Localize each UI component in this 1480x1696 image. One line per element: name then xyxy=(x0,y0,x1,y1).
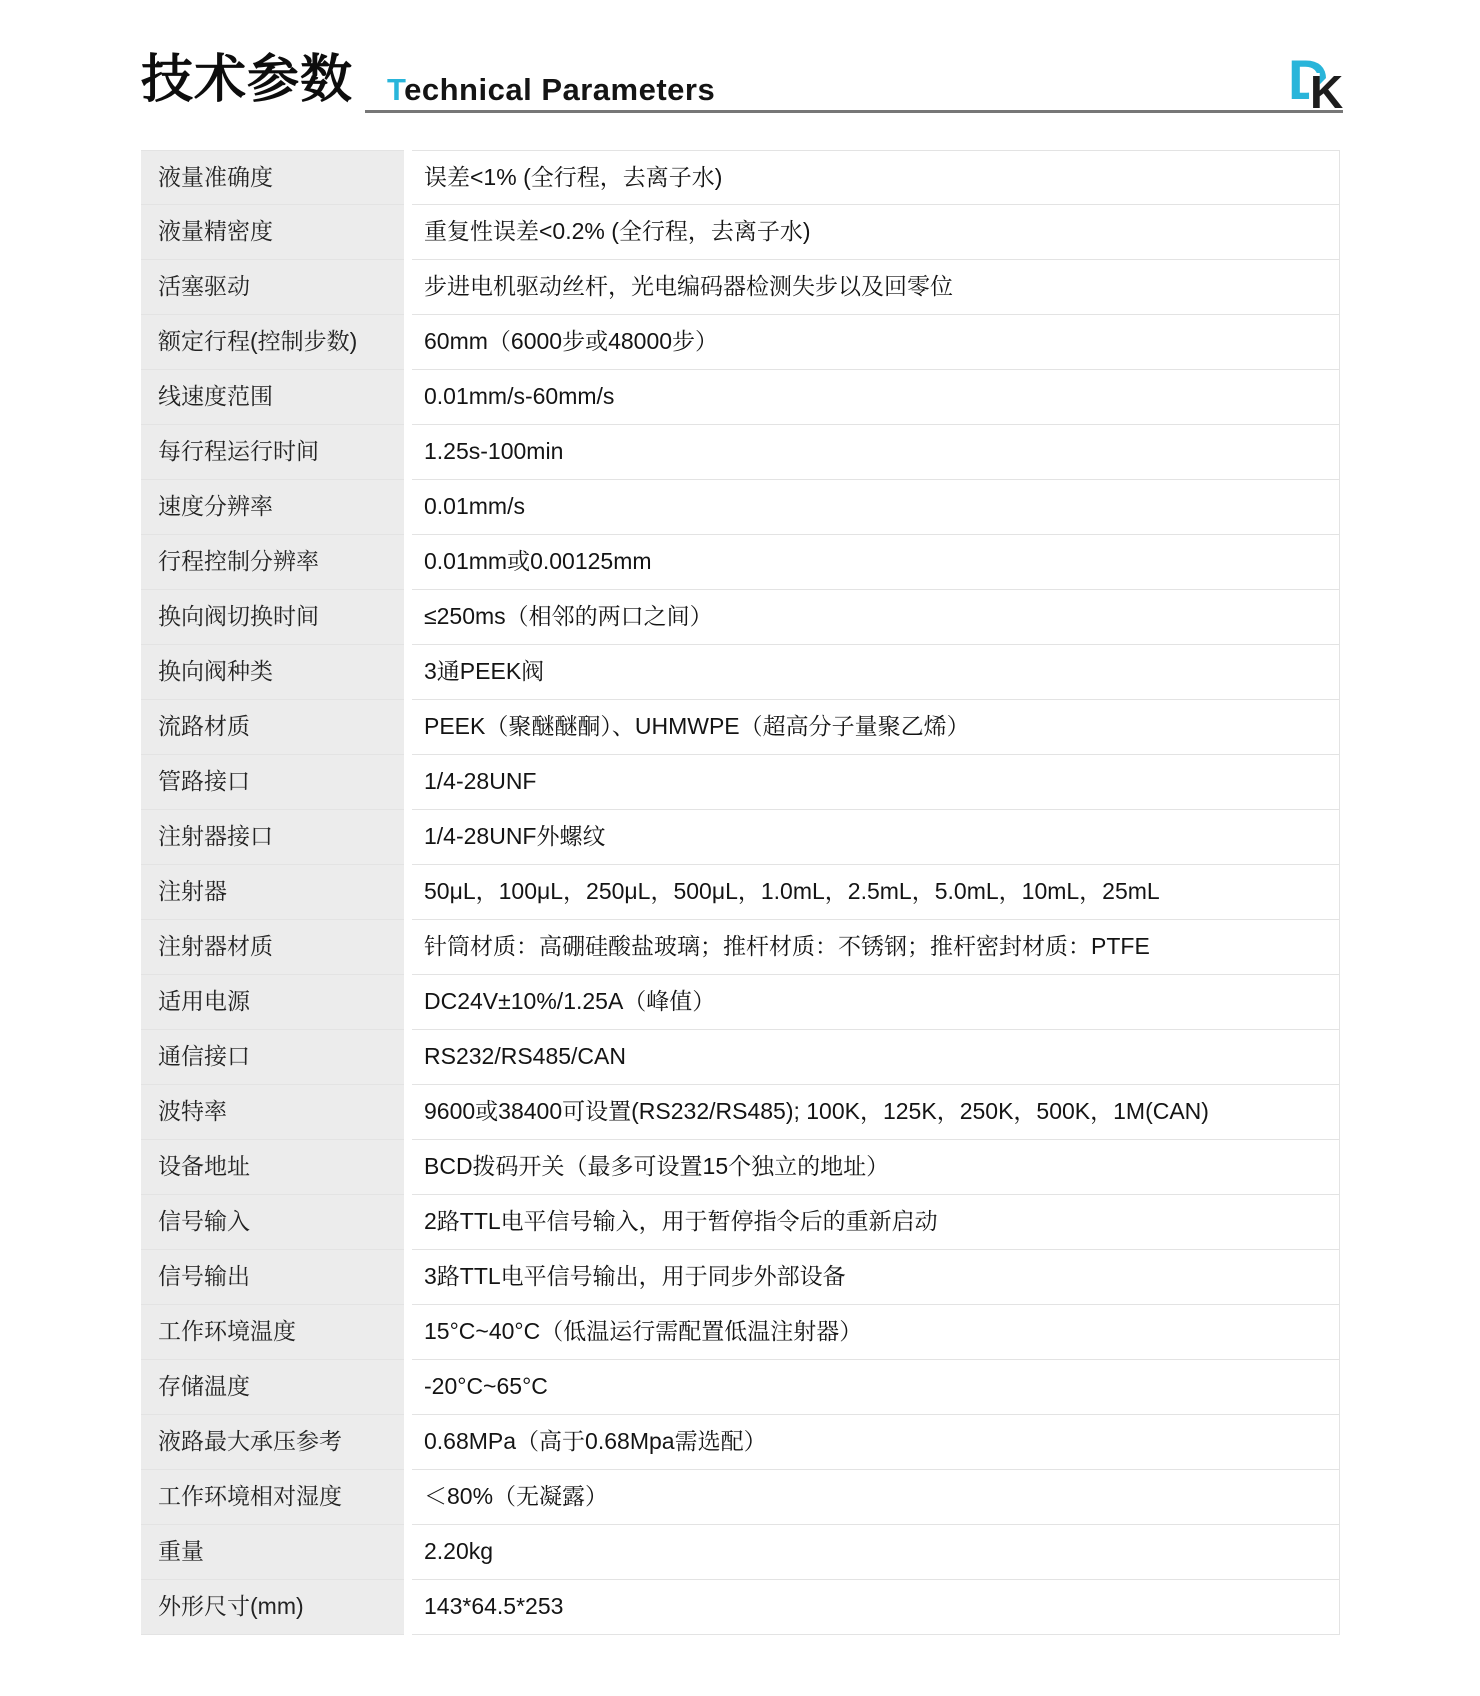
table-row: 通信接口RS232/RS485/CAN xyxy=(141,1030,1339,1085)
table-row: 液量精密度重复性误差<0.2% (全行程，去离子水) xyxy=(141,205,1339,260)
param-label: 行程控制分辨率 xyxy=(141,535,404,590)
param-value: 3通PEEK阀 xyxy=(412,645,1339,700)
param-value: RS232/RS485/CAN xyxy=(412,1030,1339,1085)
table-row: 外形尺寸(mm)143*64.5*253 xyxy=(141,1580,1339,1635)
param-label: 速度分辨率 xyxy=(141,480,404,535)
table-row: 液路最大承压参考0.68MPa（高于0.68Mpa需选配） xyxy=(141,1415,1339,1470)
param-label: 注射器材质 xyxy=(141,920,404,975)
param-value: 步进电机驱动丝杆，光电编码器检测失步以及回零位 xyxy=(412,260,1339,315)
logo-letter-k: K xyxy=(1310,69,1343,115)
param-label: 换向阀切换时间 xyxy=(141,590,404,645)
table-row: 换向阀种类3通PEEK阀 xyxy=(141,645,1339,700)
param-label: 工作环境温度 xyxy=(141,1305,404,1360)
param-label: 液路最大承压参考 xyxy=(141,1415,404,1470)
table-row: 液量准确度误差<1% (全行程，去离子水) xyxy=(141,150,1339,205)
param-value: 0.01mm/s xyxy=(412,480,1339,535)
table-row: 注射器50μL，100μL，250μL，500μL，1.0mL，2.5mL，5.… xyxy=(141,865,1339,920)
param-label: 存储温度 xyxy=(141,1360,404,1415)
param-label: 波特率 xyxy=(141,1085,404,1140)
param-value: 误差<1% (全行程，去离子水) xyxy=(412,150,1339,205)
param-value: 60mm（6000步或48000步） xyxy=(412,315,1339,370)
param-value: DC24V±10%/1.25A（峰值） xyxy=(412,975,1339,1030)
param-value: 9600或38400可设置(RS232/RS485); 100K，125K，25… xyxy=(412,1085,1339,1140)
table-row: 额定行程(控制步数)60mm（6000步或48000步） xyxy=(141,315,1339,370)
table-row: 每行程运行时间1.25s-100min xyxy=(141,425,1339,480)
param-label: 注射器接口 xyxy=(141,810,404,865)
param-value: 1/4-28UNF外螺纹 xyxy=(412,810,1339,865)
param-value: 0.01mm/s-60mm/s xyxy=(412,370,1339,425)
table-row: 存储温度-20°C~65°C xyxy=(141,1360,1339,1415)
param-value: 1/4-28UNF xyxy=(412,755,1339,810)
page-title-en-initial: T xyxy=(387,72,404,107)
page-title-en-rest: echnical Parameters xyxy=(404,72,715,107)
param-label: 每行程运行时间 xyxy=(141,425,404,480)
param-label: 通信接口 xyxy=(141,1030,404,1085)
param-label: 设备地址 xyxy=(141,1140,404,1195)
param-value: 2.20kg xyxy=(412,1525,1339,1580)
param-label: 注射器 xyxy=(141,865,404,920)
param-value: 50μL，100μL，250μL，500μL，1.0mL，2.5mL，5.0mL… xyxy=(412,865,1339,920)
param-label: 工作环境相对湿度 xyxy=(141,1470,404,1525)
table-row: 管路接口1/4-28UNF xyxy=(141,755,1339,810)
table-row: 重量2.20kg xyxy=(141,1525,1339,1580)
table-row: 信号输出3路TTL电平信号输出，用于同步外部设备 xyxy=(141,1250,1339,1305)
param-label: 活塞驱动 xyxy=(141,260,404,315)
param-label: 液量精密度 xyxy=(141,205,404,260)
table-row: 注射器材质针筒材质：高硼硅酸盐玻璃；推杆材质：不锈钢；推杆密封材质：PTFE xyxy=(141,920,1339,975)
param-value: PEEK（聚醚醚酮）、UHMWPE（超高分子量聚乙烯） xyxy=(412,700,1339,755)
table-row: 线速度范围0.01mm/s-60mm/s xyxy=(141,370,1339,425)
table-row: 速度分辨率0.01mm/s xyxy=(141,480,1339,535)
table-row: 流路材质PEEK（聚醚醚酮）、UHMWPE（超高分子量聚乙烯） xyxy=(141,700,1339,755)
table-row: 换向阀切换时间≤250ms（相邻的两口之间） xyxy=(141,590,1339,645)
table-row: 信号输入2路TTL电平信号输入，用于暂停指令后的重新启动 xyxy=(141,1195,1339,1250)
table-row: 波特率9600或38400可设置(RS232/RS485); 100K，125K… xyxy=(141,1085,1339,1140)
param-label: 重量 xyxy=(141,1525,404,1580)
param-value: 重复性误差<0.2% (全行程，去离子水) xyxy=(412,205,1339,260)
param-value: 15°C~40°C（低温运行需配置低温注射器） xyxy=(412,1305,1339,1360)
table-row: 适用电源DC24V±10%/1.25A（峰值） xyxy=(141,975,1339,1030)
param-value: 针筒材质：高硼硅酸盐玻璃；推杆材质：不锈钢；推杆密封材质：PTFE xyxy=(412,920,1339,975)
brand-logo: D K xyxy=(1288,52,1358,116)
table-row: 工作环境相对湿度＜80%（无凝露） xyxy=(141,1470,1339,1525)
param-value: 3路TTL电平信号输出，用于同步外部设备 xyxy=(412,1250,1339,1305)
param-value: -20°C~65°C xyxy=(412,1360,1339,1415)
table-row: 工作环境温度15°C~40°C（低温运行需配置低温注射器） xyxy=(141,1305,1339,1360)
param-value: 0.68MPa（高于0.68Mpa需选配） xyxy=(412,1415,1339,1470)
table-row: 设备地址BCD拨码开关（最多可设置15个独立的地址） xyxy=(141,1140,1339,1195)
param-value: 1.25s-100min xyxy=(412,425,1339,480)
table-row: 注射器接口1/4-28UNF外螺纹 xyxy=(141,810,1339,865)
table-row: 行程控制分辨率0.01mm或0.00125mm xyxy=(141,535,1339,590)
param-label: 管路接口 xyxy=(141,755,404,810)
param-label: 信号输出 xyxy=(141,1250,404,1305)
param-label: 流路材质 xyxy=(141,700,404,755)
param-label: 适用电源 xyxy=(141,975,404,1030)
param-label: 液量准确度 xyxy=(141,150,404,205)
param-value: 0.01mm或0.00125mm xyxy=(412,535,1339,590)
param-label: 线速度范围 xyxy=(141,370,404,425)
param-value: ≤250ms（相邻的两口之间） xyxy=(412,590,1339,645)
param-label: 外形尺寸(mm) xyxy=(141,1580,404,1635)
page-title-zh: 技术参数 xyxy=(141,54,353,106)
table-row: 活塞驱动步进电机驱动丝杆，光电编码器检测失步以及回零位 xyxy=(141,260,1339,315)
param-label: 额定行程(控制步数) xyxy=(141,315,404,370)
param-value: 143*64.5*253 xyxy=(412,1580,1339,1635)
page-title-en: Technical Parameters xyxy=(387,74,715,105)
param-value: 2路TTL电平信号输入，用于暂停指令后的重新启动 xyxy=(412,1195,1339,1250)
param-label: 信号输入 xyxy=(141,1195,404,1250)
param-value: ＜80%（无凝露） xyxy=(412,1470,1339,1525)
spec-table: 液量准确度误差<1% (全行程，去离子水)液量精密度重复性误差<0.2% (全行… xyxy=(141,150,1340,1635)
header-divider xyxy=(365,110,1343,113)
param-label: 换向阀种类 xyxy=(141,645,404,700)
param-value: BCD拨码开关（最多可设置15个独立的地址） xyxy=(412,1140,1339,1195)
